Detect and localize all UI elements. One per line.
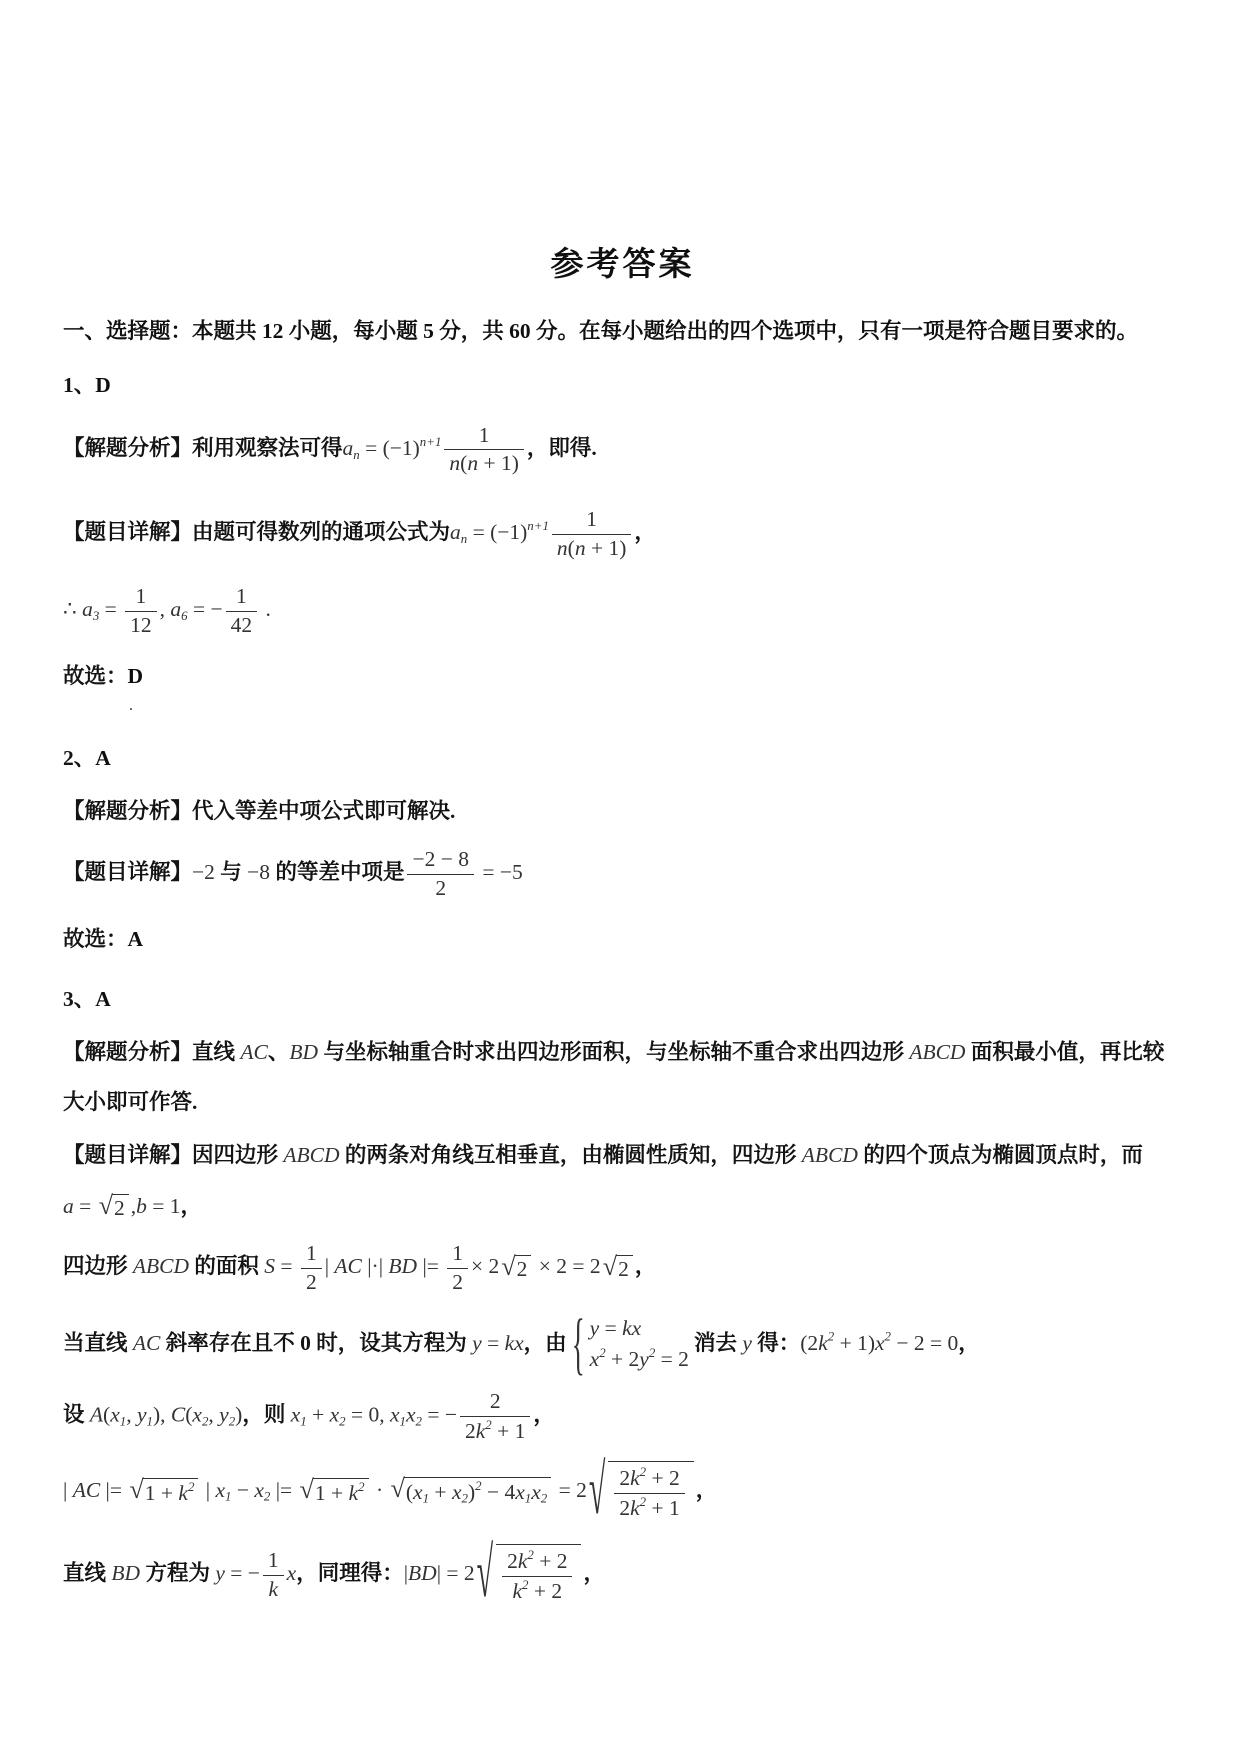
answer-1-number: 1、D xyxy=(63,361,1182,410)
answer-3-detail-1: 【题目详解】因四边形 ABCD 的两条对角线互相垂直，由椭圆性质知，四边形 AB… xyxy=(63,1131,1182,1180)
radical-icon: √ xyxy=(589,1456,605,1527)
radical-icon: √ xyxy=(477,1540,493,1611)
radical-icon: √ xyxy=(129,1478,143,1502)
radical-icon: √ xyxy=(300,1478,314,1502)
fraction: 142 xyxy=(226,584,258,639)
brace-icon: { xyxy=(572,1303,585,1386)
fraction: 112 xyxy=(125,584,157,639)
radical-icon: √ xyxy=(390,1477,404,1501)
fraction: 12 xyxy=(301,1241,322,1296)
document-title: 参考答案 xyxy=(63,238,1182,285)
answer-3-detail-6: | AC |= √1 + k2 | x1 − x2 |= √1 + k2 · √… xyxy=(63,1455,1182,1529)
fraction: 22k2 + 1 xyxy=(460,1389,530,1445)
radical-icon: √ xyxy=(603,1255,617,1279)
square-root: √2 xyxy=(603,1255,633,1282)
square-root: √2 xyxy=(501,1255,531,1282)
answer-3-detail-2: a = √2,b = 1， xyxy=(63,1183,1182,1229)
square-root: √2 xyxy=(99,1194,129,1221)
answer-2-number: 2、A xyxy=(63,734,1182,783)
answer-1-choice: 故选：D xyxy=(63,652,1182,701)
fraction: 2k2 + 22k2 + 1 xyxy=(614,1465,684,1522)
answer-sheet-page: 参考答案 一、选择题：本题共 12 小题，每小题 5 分，共 60 分。在每小题… xyxy=(0,0,1240,1754)
fraction: 1n(n + 1) xyxy=(444,423,523,478)
answer-2-choice: 故选：A xyxy=(63,915,1182,964)
answer-3-number: 3、A xyxy=(63,975,1182,1024)
answer-3-detail-3: 四边形 ABCD 的面积 S = 12| AC |·| BD |= 12× 2√… xyxy=(63,1235,1182,1302)
answer-1-analysis: 【解题分析】利用观察法可得an = (−1)n+11n(n + 1)，即得. xyxy=(63,417,1182,484)
square-root: √(x1 + x2)2 − 4x1x2 xyxy=(390,1477,551,1506)
radical-icon: √ xyxy=(501,1255,515,1279)
fraction: 2k2 + 2k2 + 2 xyxy=(502,1548,572,1605)
square-root: √1 + k2 xyxy=(129,1478,198,1506)
answer-3-analysis: 【解题分析】直线 AC、BD 与坐标轴重合时求出四边形面积，与坐标轴不重合求出四… xyxy=(63,1028,1182,1127)
square-root: √2k2 + 2k2 + 2 xyxy=(477,1544,582,1606)
fraction: −2 − 82 xyxy=(407,847,474,902)
fraction: 12 xyxy=(447,1241,468,1296)
fraction: 1n(n + 1) xyxy=(552,507,631,562)
equation-system: {y = kxx2 + 2y2 = 2 xyxy=(572,1316,689,1374)
answer-2-detail: 【题目详解】−2 与 −8 的等差中项是−2 − 82 = −5 xyxy=(63,841,1182,908)
answer-2-analysis: 【解题分析】代入等差中项公式即可解决. xyxy=(63,787,1182,836)
answer-3-detail-5: 设 A(x1, y1), C(x2, y2)，则 x1 + x2 = 0, x1… xyxy=(63,1383,1182,1451)
answer-lines: 1、D【解题分析】利用观察法可得an = (−1)n+11n(n + 1)，即得… xyxy=(63,361,1182,1612)
square-root: √2k2 + 22k2 + 1 xyxy=(589,1461,694,1523)
fraction: 1k xyxy=(263,1548,284,1603)
answer-3-detail-7: 直线 BD 方程为 y = −1kx，同理得：|BD| = 2√2k2 + 2k… xyxy=(63,1538,1182,1612)
answer-1-result: ∴ a3 = 112, a6 = −142 . xyxy=(63,578,1182,645)
section-1-header: 一、选择题：本题共 12 小题，每小题 5 分，共 60 分。在每小题给出的四个… xyxy=(63,315,1182,347)
answer-1-detail: 【题目详解】由题可得数列的通项公式为an = (−1)n+11n(n + 1)， xyxy=(63,501,1182,568)
stray-period: . xyxy=(129,702,1182,710)
radical-icon: √ xyxy=(99,1194,113,1218)
answer-3-detail-4: 当直线 AC 斜率存在且不 0 时，设其方程为 y = kx，由{y = kxx… xyxy=(63,1310,1182,1380)
square-root: √1 + k2 xyxy=(300,1478,369,1506)
